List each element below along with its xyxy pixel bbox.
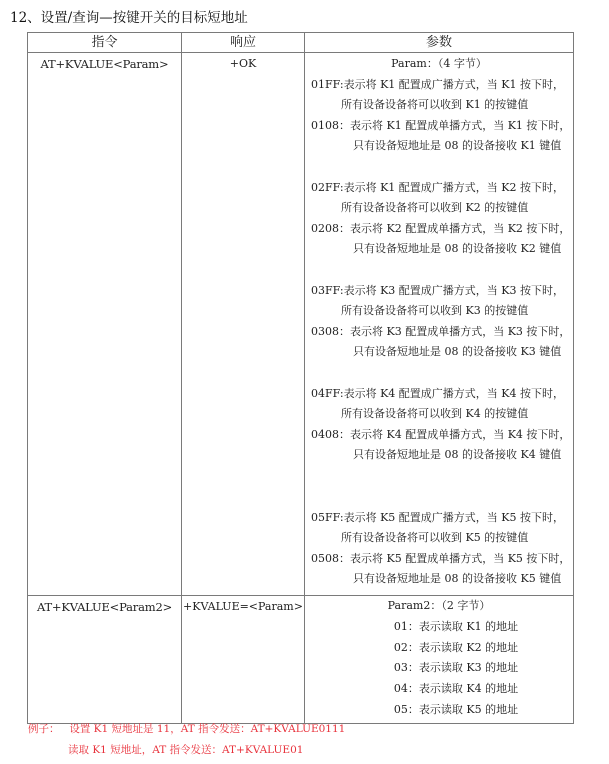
command-cell: AT+KVALUE<Param2> <box>28 596 182 724</box>
read-k2-line: 02：表示读取 K2 的地址 <box>305 638 573 659</box>
at-command-table: 指令 响应 参数 AT+KVALUE<Param> +OK Param：（4 字… <box>27 32 574 724</box>
command-cell: AT+KVALUE<Param> <box>28 53 182 596</box>
k3-unicast-line2: 只有设备短地址是 08 的设备接收 K3 键值 <box>305 342 573 363</box>
k3-broadcast-line2: 所有设备设备将可以收到 K3 的按键值 <box>305 301 573 322</box>
k4-unicast-line1: 0408：表示将 K4 配置成单播方式，当 K4 按下时， <box>305 425 573 446</box>
k4-broadcast-line2: 所有设备设备将可以收到 K4 的按键值 <box>305 404 573 425</box>
k1-unicast-line1: 0108：表示将 K1 配置成单播方式，当 K1 按下时， <box>305 116 573 137</box>
params-cell: Param2：（2 字节） 01：表示读取 K1 的地址 02：表示读取 K2 … <box>305 596 574 724</box>
read-k1-line: 01：表示读取 K1 的地址 <box>305 617 573 638</box>
spacer <box>305 466 573 508</box>
k3-unicast-line1: 0308：表示将 K3 配置成单播方式，当 K3 按下时， <box>305 322 573 343</box>
k1-broadcast-line1: 01FF:表示将 K1 配置成广播方式，当 K1 按下时， <box>305 75 573 96</box>
k2-broadcast-line1: 02FF:表示将 K1 配置成广播方式，当 K2 按下时， <box>305 178 573 199</box>
example-line-2: 读取 K1 短地址，AT 指令发送：AT+KVALUE01 <box>68 742 303 758</box>
example-read-text: 读取 K1 短地址，AT 指令发送：AT+KVALUE01 <box>68 744 303 756</box>
k2-broadcast-line2: 所有设备设备将可以收到 K2 的按键值 <box>305 198 573 219</box>
read-k4-line: 04：表示读取 K4 的地址 <box>305 679 573 700</box>
params-cell: Param：（4 字节） 01FF:表示将 K1 配置成广播方式，当 K1 按下… <box>305 53 574 596</box>
spacer <box>305 260 573 281</box>
table-row: AT+KVALUE<Param2> +KVALUE=<Param> Param2… <box>28 596 574 724</box>
k1-unicast-line2: 只有设备短地址是 08 的设备接收 K1 键值 <box>305 136 573 157</box>
k2-unicast-line2: 只有设备短地址是 08 的设备接收 K2 键值 <box>305 239 573 260</box>
section-title: 12、设置/查询—按键开关的目标短地址 <box>10 8 248 28</box>
spacer <box>305 157 573 178</box>
table-row: AT+KVALUE<Param> +OK Param：（4 字节） 01FF:表… <box>28 53 574 596</box>
k4-broadcast-line1: 04FF:表示将 K4 配置成广播方式，当 K4 按下时， <box>305 384 573 405</box>
header-params: 参数 <box>305 33 574 53</box>
k3-broadcast-line1: 03FF:表示将 K3 配置成广播方式，当 K3 按下时， <box>305 281 573 302</box>
k5-broadcast-line2: 所有设备设备将可以收到 K5 的按键值 <box>305 528 573 549</box>
read-k5-line: 05：表示读取 K5 的地址 <box>305 700 573 721</box>
table-header-row: 指令 响应 参数 <box>28 33 574 53</box>
read-k3-line: 03：表示读取 K3 的地址 <box>305 658 573 679</box>
param-title: Param：（4 字节） <box>305 53 573 75</box>
k5-unicast-line1: 0508：表示将 K5 配置成单播方式，当 K5 按下时， <box>305 549 573 570</box>
k5-unicast-line2: 只有设备短地址是 08 的设备接收 K5 键值 <box>305 569 573 590</box>
example-set-text: 设置 K1 短地址是 11，AT 指令发送：AT+KVALUE0111 <box>69 723 345 735</box>
response-cell: +OK <box>182 53 305 596</box>
param2-title: Param2：（2 字节） <box>305 596 573 617</box>
example-label: 例子： <box>28 721 66 737</box>
k4-unicast-line2: 只有设备短地址是 08 的设备接收 K4 键值 <box>305 445 573 466</box>
k1-broadcast-line2: 所有设备设备将可以收到 K1 的按键值 <box>305 95 573 116</box>
header-response: 响应 <box>182 33 305 53</box>
response-cell: +KVALUE=<Param> <box>182 596 305 724</box>
k5-broadcast-line1: 05FF:表示将 K5 配置成广播方式，当 K5 按下时， <box>305 508 573 529</box>
example-line-1: 例子： 设置 K1 短地址是 11，AT 指令发送：AT+KVALUE0111 <box>28 721 345 737</box>
header-command: 指令 <box>28 33 182 53</box>
spacer <box>305 363 573 384</box>
k2-unicast-line1: 0208：表示将 K2 配置成单播方式，当 K2 按下时， <box>305 219 573 240</box>
